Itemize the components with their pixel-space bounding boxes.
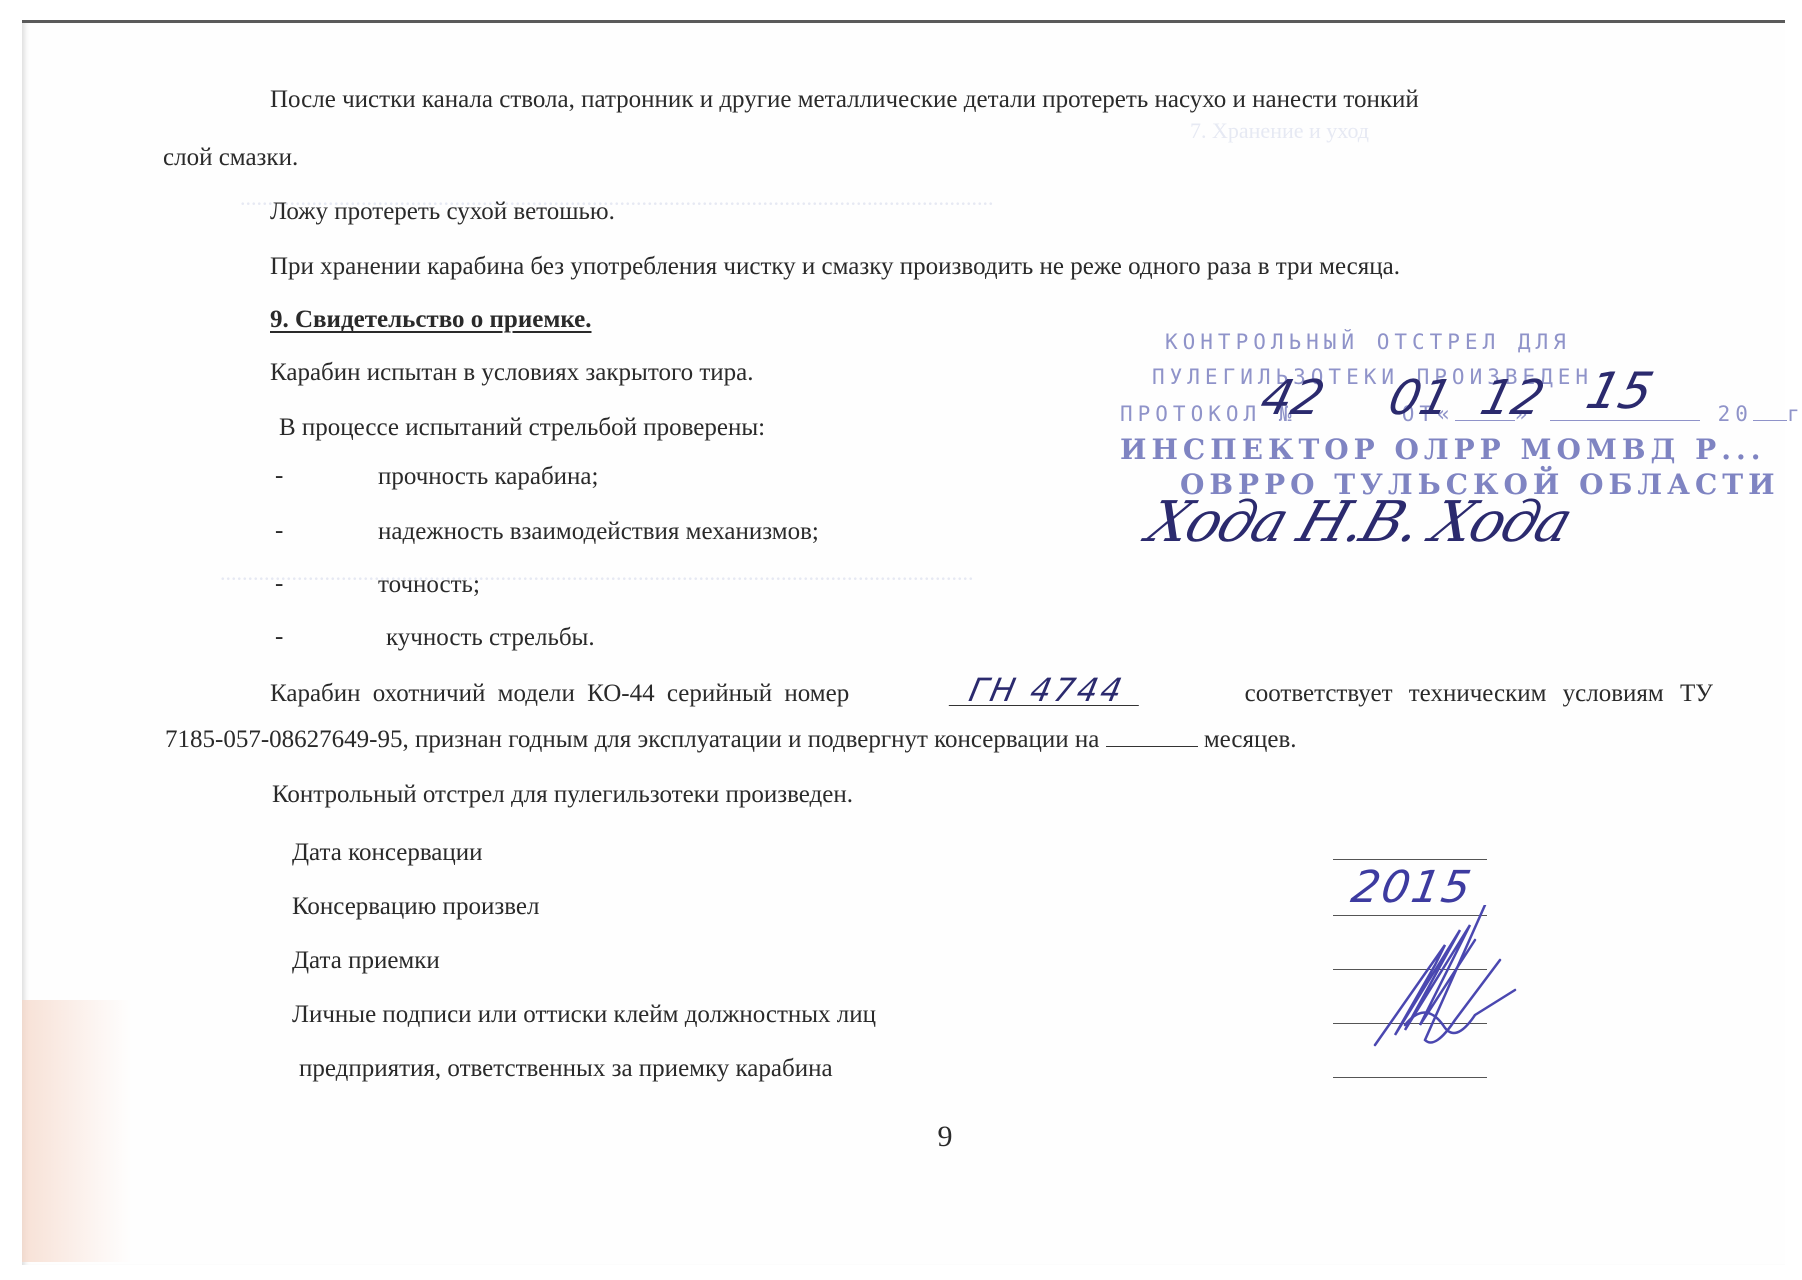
stamp-line: КОНТРОЛЬНЫЙ ОТСТРЕЛ ДЛЯ xyxy=(1165,330,1571,354)
list-item: точность; xyxy=(378,570,480,600)
bleed-through-text: ........................................… xyxy=(220,560,974,586)
field-label-signatures-cont: предприятия, ответственных за приемку ка… xyxy=(299,1054,833,1084)
tested-statement: Карабин испытан в условиях закрытого тир… xyxy=(270,358,753,388)
control-shot-statement: Контрольный отстрел для пулегильзотеки п… xyxy=(272,780,853,810)
field-label-conservation-date: Дата консервации xyxy=(292,838,483,868)
paragraph-cleaning-1: После чистки канала ствола, патронник и … xyxy=(270,85,1419,115)
conformity-line-2: 7185-057-08627649-95, признан годным для… xyxy=(165,725,1297,755)
bullet-marker: - xyxy=(275,517,283,545)
conformity-text: месяцев. xyxy=(1204,726,1297,753)
paper-stain xyxy=(22,1000,132,1262)
stamp-line-protocol: ПРОТОКОЛ № ОТ«» 20г. xyxy=(1120,402,1802,426)
signature-scribble-icon xyxy=(1365,905,1535,1055)
paragraph-cleaning-3: При хранении карабина без употребления ч… xyxy=(270,252,1400,282)
conformity-line-1: Карабин охотничий модели КО-44 серийный … xyxy=(270,675,1713,709)
bullet-marker: - xyxy=(275,623,283,651)
conformity-text: соответствует техническим условиям ТУ xyxy=(1245,679,1713,709)
months-blank-field xyxy=(1106,726,1198,747)
conformity-text: Карабин охотничий модели КО-44 серийный … xyxy=(270,679,849,709)
paragraph-cleaning-1-cont: слой смазки. xyxy=(163,143,298,173)
field-label-acceptance-date: Дата приемки xyxy=(292,946,440,976)
list-item: кучность стрельбы. xyxy=(386,623,595,653)
inspector-signature: Хода Н.В. Хода xyxy=(1139,490,1578,555)
bullet-marker: - xyxy=(275,462,283,490)
list-item: прочность карабина; xyxy=(378,462,598,492)
paragraph-cleaning-2: Ложу протереть сухой ветошью. xyxy=(270,197,615,227)
stamp-line: ИНСПЕКТОР ОЛРР МОМВД Р... xyxy=(1120,433,1765,466)
bullet-marker: - xyxy=(275,570,283,598)
stamp-text: 20 xyxy=(1718,402,1753,426)
serial-number-handwritten: ГН 4744 xyxy=(949,675,1146,706)
page-number: 9 xyxy=(938,1120,953,1154)
section-heading: 9. Свидетельство о приемке. xyxy=(270,305,592,335)
paragraph-text: После чистки канала ствола, патронник и … xyxy=(270,86,1419,113)
paragraph-text: При хранении карабина без употребления ч… xyxy=(270,253,1400,280)
inspector-stamp: КОНТРОЛЬНЫЙ ОТСТРЕЛ ДЛЯ ПУЛЕГИЛЬЗОТЕКИ П… xyxy=(1120,325,1640,505)
conformity-text: 7185-057-08627649-95, признан годным для… xyxy=(165,726,1099,753)
checked-intro: В процессе испытаний стрельбой проверены… xyxy=(279,413,765,443)
stamp-text: г. xyxy=(1787,402,1802,426)
bleed-through-text: 7. Хранение и уход xyxy=(1190,118,1369,144)
signature-line xyxy=(1333,1077,1487,1078)
list-item: надежность взаимодействия механизмов; xyxy=(378,517,819,547)
paragraph-text: Ложу протереть сухой ветошью. xyxy=(270,198,615,225)
paragraph-text: слой смазки. xyxy=(163,144,298,171)
field-label-signatures: Личные подписи или оттиски клейм должнос… xyxy=(292,1000,876,1030)
signature-line xyxy=(1333,859,1487,860)
field-label-conservation-by: Консервацию произвел xyxy=(292,892,539,922)
